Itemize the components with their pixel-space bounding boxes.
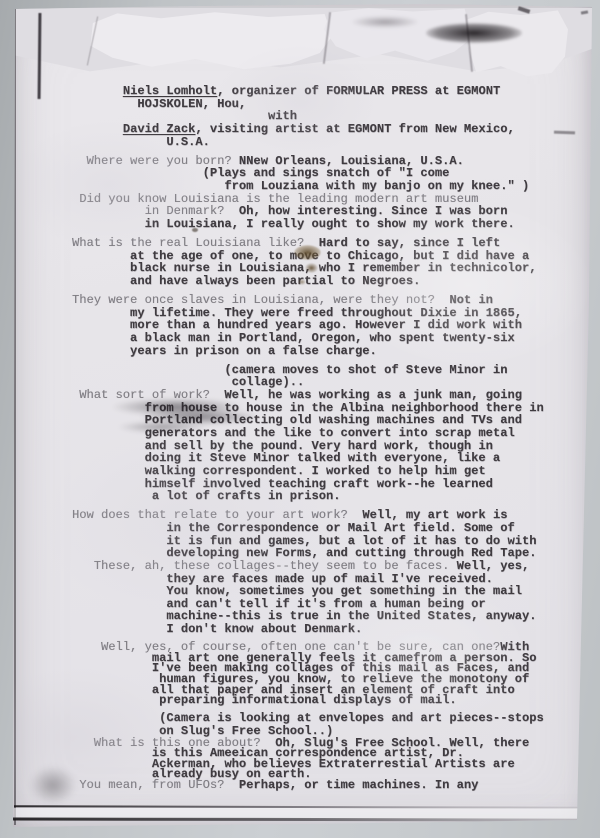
torn-paper-flap (466, 9, 568, 77)
typed-line: and have always been partial to Negroes. (72, 275, 544, 288)
brown-stain (294, 245, 321, 260)
answer-text: a lot of crafts in prison. (72, 489, 341, 503)
answer-text: I don't know about Denmark. (72, 622, 362, 636)
photo-of-document: Niels Lomholt, organizer of FORMULAR PRE… (0, 0, 600, 838)
copy-mark-right-edge (554, 131, 575, 135)
answer-text: in Louisiana, I really ought to show my … (72, 217, 515, 231)
answer-text: and have always been partial to Negroes. (72, 274, 420, 288)
typed-line: years in prison on a false charge. (72, 345, 544, 358)
typed-line: in Louisiana, I really ought to show my … (72, 218, 544, 231)
typed-line: I don't know about Denmark. (72, 623, 544, 636)
interviewer-text: You mean, from UFOs? (72, 778, 239, 792)
typed-line: a lot of crafts in prison. (72, 490, 544, 503)
answer-text: U.S.A. (72, 135, 210, 149)
answer-text: Perhaps, or time machines. In any (239, 778, 479, 792)
paper-edge-line-left (14, 9, 16, 825)
ink-speck (192, 228, 198, 232)
copy-artifact-stroke-left (38, 13, 41, 99)
fold-line (13, 817, 588, 821)
brown-stain (305, 263, 318, 273)
typed-line: You mean, from UFOs? Perhaps, or time ma… (72, 780, 544, 791)
typed-line: U.S.A. (72, 136, 544, 149)
answer-text: years in prison on a false charge. (72, 344, 377, 358)
paper-sheet: Niels Lomholt, organizer of FORMULAR PRE… (0, 0, 600, 838)
answer-text: , organizer of FORMULAR PRESS at EGMONT (217, 84, 500, 98)
ink-smear-top-faint (352, 16, 418, 28)
typewritten-text: Niels Lomholt, organizer of FORMULAR PRE… (72, 85, 544, 791)
answer-text: preparing informational displays of mail… (72, 693, 457, 707)
brown-stain (298, 279, 306, 285)
ink-smear-top (426, 23, 522, 43)
answer-text: , visiting artist at EGMONT from New Mex… (195, 122, 514, 136)
ink-smudge-bottom-left (30, 766, 76, 804)
